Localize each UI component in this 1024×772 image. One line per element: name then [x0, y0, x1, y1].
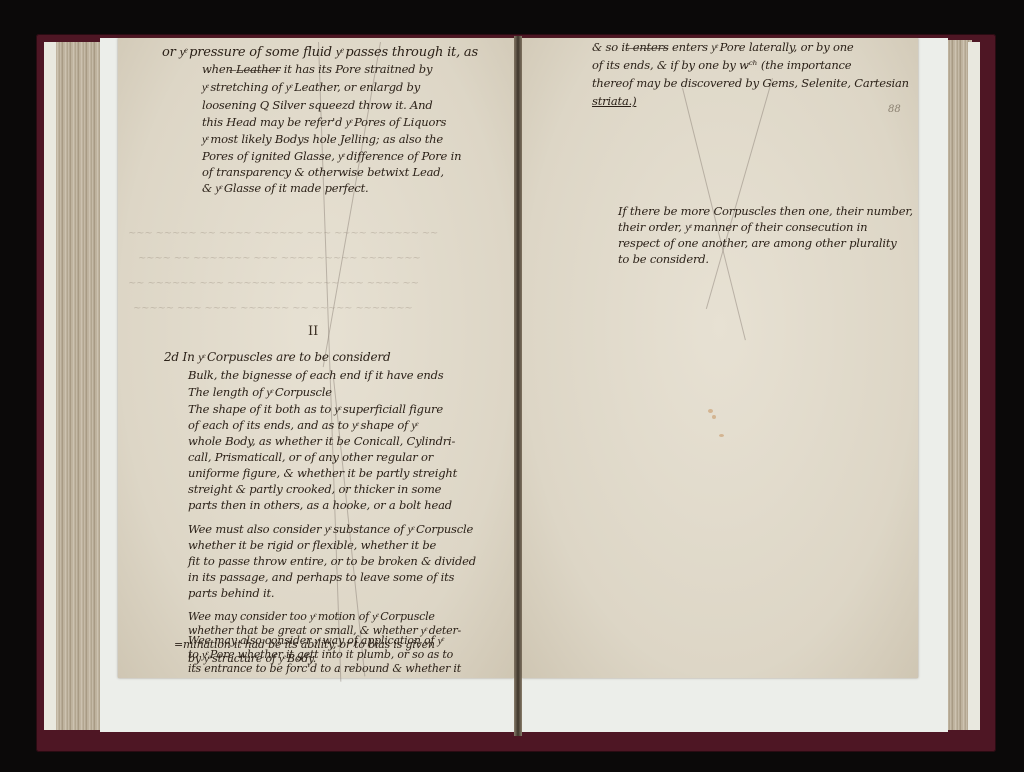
manuscript-line: thereof may be discovered by Gems, Selen…: [592, 76, 909, 90]
right-endpaper-edge: [968, 42, 980, 730]
manuscript-line: Wee may consider too yͤ motion of yͤ Cor…: [188, 610, 435, 623]
manuscript-line: of its ends, & if by one by wᶜʰ (the imp…: [592, 58, 851, 72]
foxing-stain: [708, 409, 713, 413]
manuscript-line: in its passage, and perhaps to leave som…: [188, 570, 454, 584]
manuscript-line: call, Prismaticall, or of any other regu…: [188, 450, 433, 464]
right-manuscript-page: & so it ̶e̶n̶t̶e̶r̶s̶ enters yͤ Pore lat…: [522, 38, 918, 678]
manuscript-line: yͤ stretching of yͤ Leather, or enlargd …: [202, 80, 420, 94]
manuscript-line: The shape of it both as to yͤ superficia…: [188, 402, 443, 416]
manuscript-line: Wee must also consider yͤ substance of y…: [188, 522, 473, 536]
manuscript-line: & yͤ Glasse of it made perfect.: [202, 181, 368, 195]
pencil-cancel-stroke: [706, 78, 773, 309]
manuscript-line: Wee may also consider yͤ way of applicat…: [188, 634, 442, 647]
manuscript-line: If there be more Corpuscles then one, th…: [618, 204, 913, 218]
bleed-through-text: ~~~ ~~~~~ ~~ ~~~~ ~~~~~~ ~~~ ~~~~ ~~~~~~…: [128, 228, 438, 239]
manuscript-line: The length of yͤ Corpuscle: [188, 385, 332, 399]
manuscript-line: of transparency & otherwise betwixt Lead…: [202, 165, 444, 179]
manuscript-line: Bulk, the bignesse of each end if it hav…: [188, 368, 443, 382]
manuscript-line: Pores of ignited Glasse, yͤ difference o…: [202, 149, 461, 163]
left-manuscript-page: ~~~ ~~~~~ ~~ ~~~~ ~~~~~~ ~~~ ~~~~ ~~~~~~…: [118, 38, 514, 678]
manuscript-line: their order, yͤ manner of their consecut…: [618, 220, 867, 234]
foxing-stain: [712, 415, 716, 419]
manuscript-line: whether it be rigid or flexible, whether…: [188, 538, 436, 552]
bleed-through-text: ~~~~ ~~ ~~~~~~~ ~~~ ~~~~ ~~~~~ ~~~~ ~~~: [138, 253, 421, 264]
section-numeral: II: [308, 324, 318, 339]
bleed-through-text: ~~~~~ ~~~ ~~~~ ~~~~~~ ~~ ~~~~~ ~~~~~~~: [133, 303, 413, 314]
manuscript-line: yͤ most likely Bodys hole Jelling; as al…: [202, 132, 443, 146]
book-gutter: [514, 36, 522, 736]
manuscript-line: striata.): [592, 94, 636, 108]
manuscript-line: fit to passe throw entire, or to be brok…: [188, 554, 476, 568]
manuscript-line: this Head may be refer'd yͤ Pores of Liq…: [202, 115, 446, 129]
manuscript-line: its entrance to be forc'd to a rebound &…: [188, 662, 461, 675]
manuscript-line: loosening Q Silver squeezd throw it. And: [202, 98, 433, 112]
manuscript-line: & so it ̶e̶n̶t̶e̶r̶s̶ enters yͤ Pore lat…: [592, 40, 854, 54]
manuscript-line: of each of its ends, and as to yͤ shape …: [188, 418, 416, 432]
manuscript-line: streight & partly crooked, or thicker in…: [188, 482, 441, 496]
manuscript-line: uniforme figure, & whether it be partly …: [188, 466, 457, 480]
manuscript-line: to yͤ Pore whether it gett into it plumb…: [188, 648, 453, 661]
manuscript-line: when ̶L̶e̶a̶t̶h̶e̶r̶ it has its Pore str…: [202, 62, 432, 76]
manuscript-line: parts behind it.: [188, 586, 274, 600]
manuscript-line: 2d In yͤ Corpuscles are to be considerd: [164, 350, 390, 365]
manuscript-line: parts then in others, as a hooke, or a b…: [188, 498, 452, 512]
manuscript-line: to be considerd.: [618, 252, 709, 266]
bleed-through-text: ~~ ~~~~~~ ~~~ ~~~~~~ ~~~ ~~~~~~~ ~~~~ ~~: [128, 278, 419, 289]
manuscript-line: or yͤ pressure of some fluid yͤ passes t…: [162, 44, 478, 60]
manuscript-line: respect of one another, are among other …: [618, 236, 897, 250]
manuscript-line: whole Body, as whether it be Conicall, C…: [188, 434, 455, 448]
left-fore-edge: [56, 42, 100, 730]
folio-number: 88: [888, 104, 901, 115]
foxing-stain: [719, 434, 724, 437]
